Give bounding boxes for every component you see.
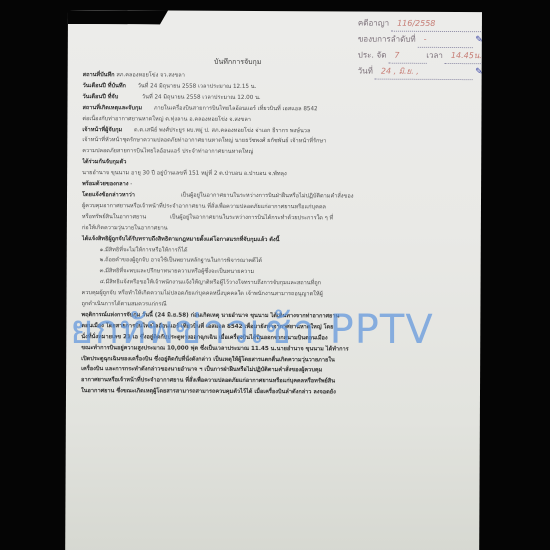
stamp-case-label: คดีอาญา — [358, 16, 389, 31]
signature-mark: ✎ — [475, 65, 482, 80]
record-date-label: วันเดือนปี ที่บันทึก — [83, 83, 126, 89]
charge-label: โดยแจ้งข้อกล่าวหาว่า — [82, 192, 135, 198]
stamp-row-record: ของบการลำดับที่ - ✎ — [358, 32, 482, 49]
evidence-value: - — [130, 181, 132, 187]
circumstances-cont: ในอากาศยาน ซึ่งขณะเกิดเหตุผู้โดยสารสามาร… — [81, 386, 471, 399]
officers-value: ด.ต.เสนีย์ พงศ์ประยูร ผบ.หมู่ ป. สภ.คลอง… — [134, 127, 310, 134]
record-date-value: วันที่ 24 มิถุนายน 2558 เวลาประมาณ 12.15… — [138, 83, 257, 90]
charge-value: เป็นผู้อยู่ในอากาศยานในระหว่างการบินฝ่าฝ… — [181, 193, 354, 200]
incident-place-value: ภายในเครื่องบินสายการบินไทยไลอ้อนแอร์ เท… — [154, 105, 318, 112]
suspect-info: นายอำนาจ ขุนนาม อายุ 30 ปี อยู่บ้านเลขที… — [82, 168, 472, 181]
arrest-date-label: วันเดือนปี ที่จับ — [83, 94, 119, 100]
evidence-label: พร้อมด้วยของกลาง — [82, 181, 128, 187]
signature-mark: ✎ — [475, 33, 482, 48]
stamp-time-value: 14.45น. — [445, 48, 482, 64]
arrest-record-document: คดีอาญา 116/2558 ของบการลำดับที่ - ✎ ประ… — [65, 10, 482, 550]
document-title: บันทึกการจับกุม — [68, 56, 408, 69]
officers-label: เจ้าหน้าที่ผู้จับกุม — [82, 127, 122, 133]
photo-shadow — [68, 10, 168, 25]
stamp-record-label: ของบการลำดับที่ — [358, 32, 416, 47]
stamp-time-label: เวลา — [426, 48, 443, 63]
incident-place-label: สถานที่เกิดเหตุและจับกุม — [82, 105, 142, 111]
charge-part: หรือทรัพย์สินในอากาศยาน — [82, 214, 146, 220]
case-number-stamp: คดีอาญา 116/2558 ของบการลำดับที่ - ✎ ประ… — [358, 16, 482, 81]
record-place-value: สภ.คลองหอยโข่ง จว.สงขลา — [116, 72, 185, 78]
charge-part: เป็นผู้อยู่ในอากาศยานในระหว่างการบินได้ก… — [170, 214, 333, 221]
record-place-label: สถานที่บันทึก — [83, 72, 115, 78]
pptv-watermark: ยกทัพข่าวเช้า PPTV — [70, 297, 434, 361]
arrest-date-value: วันที่ 24 มิถุนายน 2558 เวลาประมาณ 12.00… — [142, 94, 261, 101]
stamp-row-case: คดีอาญา 116/2558 — [358, 16, 482, 33]
stamp-record-value: - — [418, 32, 474, 48]
stamp-case-value: 116/2558 — [391, 16, 482, 32]
